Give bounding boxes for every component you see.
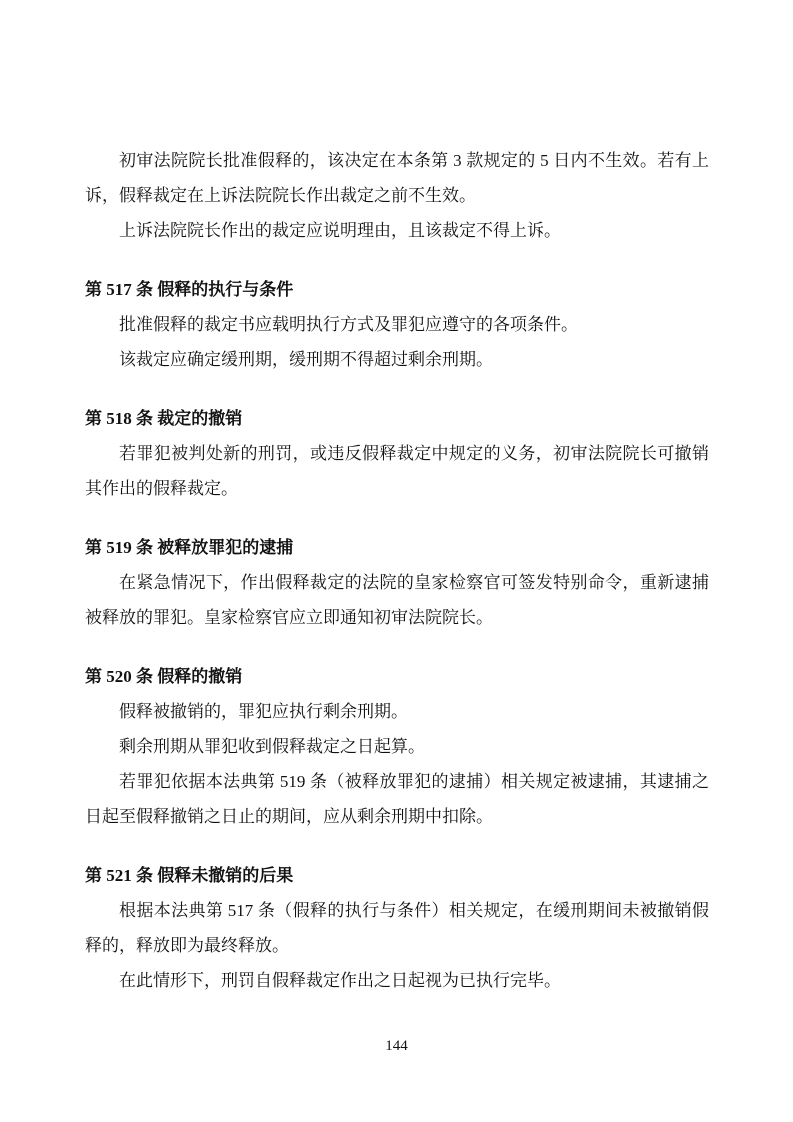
article-521: 第 521 条 假释未撤销的后果 根据本法典第 517 条（假释的执行与条件）相… xyxy=(85,858,709,998)
document-page: 初审法院院长批准假释的，该决定在本条第 3 款规定的 5 日内不生效。若有上诉，… xyxy=(0,0,793,1122)
paragraph: 该裁定应确定缓刑期，缓刑期不得超过剩余刑期。 xyxy=(85,342,709,377)
article-heading: 第 517 条 假释的执行与条件 xyxy=(85,272,709,307)
article-heading: 第 521 条 假释未撤销的后果 xyxy=(85,858,709,893)
paragraph: 若罪犯依据本法典第 519 条（被释放罪犯的逮捕）相关规定被逮捕，其逮捕之日起至… xyxy=(85,764,709,834)
page-content: 初审法院院长批准假释的，该决定在本条第 3 款规定的 5 日内不生效。若有上诉，… xyxy=(85,143,709,998)
paragraph: 根据本法典第 517 条（假释的执行与条件）相关规定，在缓刑期间未被撤销假释的，… xyxy=(85,893,709,963)
paragraph: 初审法院院长批准假释的，该决定在本条第 3 款规定的 5 日内不生效。若有上诉，… xyxy=(85,143,709,213)
article-518: 第 518 条 裁定的撤销 若罪犯被判处新的刑罚，或违反假释裁定中规定的义务，初… xyxy=(85,401,709,506)
article-heading: 第 519 条 被释放罪犯的逮捕 xyxy=(85,530,709,565)
article-heading: 第 520 条 假释的撤销 xyxy=(85,659,709,694)
article-520: 第 520 条 假释的撤销 假释被撤销的，罪犯应执行剩余刑期。 剩余刑期从罪犯收… xyxy=(85,659,709,834)
paragraph: 在紧急情况下，作出假释裁定的法院的皇家检察官可签发特别命令，重新逮捕被释放的罪犯… xyxy=(85,565,709,635)
paragraph: 批准假释的裁定书应载明执行方式及罪犯应遵守的各项条件。 xyxy=(85,307,709,342)
paragraph: 若罪犯被判处新的刑罚，或违反假释裁定中规定的义务，初审法院院长可撤销其作出的假释… xyxy=(85,436,709,506)
paragraph: 上诉法院院长作出的裁定应说明理由，且该裁定不得上诉。 xyxy=(85,213,709,248)
paragraph: 剩余刑期从罪犯收到假释裁定之日起算。 xyxy=(85,729,709,764)
paragraph: 在此情形下，刑罚自假释裁定作出之日起视为已执行完毕。 xyxy=(85,963,709,998)
page-number: 144 xyxy=(0,1036,793,1056)
article-heading: 第 518 条 裁定的撤销 xyxy=(85,401,709,436)
paragraph: 假释被撤销的，罪犯应执行剩余刑期。 xyxy=(85,694,709,729)
article-519: 第 519 条 被释放罪犯的逮捕 在紧急情况下，作出假释裁定的法院的皇家检察官可… xyxy=(85,530,709,635)
article-517: 第 517 条 假释的执行与条件 批准假释的裁定书应载明执行方式及罪犯应遵守的各… xyxy=(85,272,709,377)
